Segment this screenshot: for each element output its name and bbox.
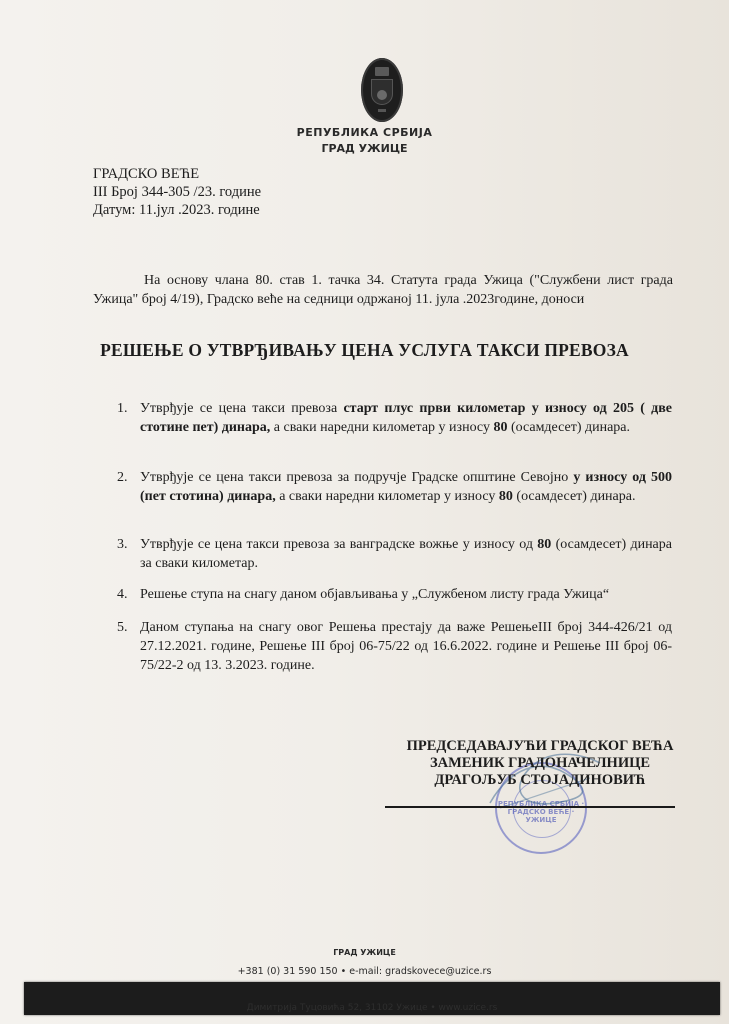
text-segment: (осамдесет) динара. xyxy=(507,420,630,435)
document-date: Датум: 11.јул .2023. године xyxy=(93,201,260,219)
decision-item: 4. Решење ступа на снагу даном објављива… xyxy=(117,585,672,604)
item-number: 1. xyxy=(117,399,137,418)
text-segment: а сваки наредни километар у износу xyxy=(270,420,493,435)
item-text: Даном ступања на снагу овог Решења прест… xyxy=(140,618,672,675)
coat-of-arms-icon xyxy=(361,58,403,122)
emphasized-text: 80 xyxy=(537,537,551,552)
crown-shape xyxy=(375,67,389,76)
document-title: РЕШЕЊЕ О УТВРЂИВАЊУ ЦЕНА УСЛУГА ТАКСИ ПР… xyxy=(0,340,729,361)
emphasized-text: 80 xyxy=(499,489,513,504)
item-text: Утврђује се цена такси превоза за подруч… xyxy=(140,468,672,506)
item-text: Утврђује се цена такси превоза за вангра… xyxy=(140,535,672,573)
signatory-role: ЗАМЕНИК ГРАДОНАЧЕЛНИЦЕ xyxy=(380,755,700,772)
decision-item: 1. Утврђује се цена такси превоза старт … xyxy=(117,399,672,437)
item-number: 2. xyxy=(117,468,137,487)
text-segment: Утврђује се цена такси превоза за вангра… xyxy=(140,537,537,552)
year-mark xyxy=(378,109,386,112)
footer-bar: Димитрија Туцовића 52, 31102 Ужице • www… xyxy=(24,982,720,1015)
decision-item: 2. Утврђује се цена такси превоза за под… xyxy=(117,468,672,506)
item-number: 3. xyxy=(117,535,137,554)
text-segment: (осамдесет) динара. xyxy=(513,489,636,504)
letterhead-republic: РЕПУБЛИКА СРБИЈА xyxy=(0,126,729,139)
item-number: 5. xyxy=(117,618,137,637)
document-number: III Број 344-305 /23. године xyxy=(93,183,261,201)
emblem-shape xyxy=(377,90,387,100)
text-segment: а сваки наредни километар у износу xyxy=(276,489,499,504)
item-text: Утврђује се цена такси превоза старт плу… xyxy=(140,399,672,437)
item-text: Решење ступа на снагу даном објављивања … xyxy=(140,585,672,604)
item-number: 4. xyxy=(117,585,137,604)
signatory-name: ДРАГОЉУБ СТОЈАДИНОВИЋ xyxy=(380,772,700,789)
letterhead-city: ГРАД УЖИЦЕ xyxy=(0,142,729,155)
decision-item: 3. Утврђује се цена такси превоза за ван… xyxy=(117,535,672,573)
footer-city: ГРАД УЖИЦЕ xyxy=(0,948,729,957)
footer-contact: +381 (0) 31 590 150 • e-mail: gradskovec… xyxy=(0,966,729,977)
text-segment: Утврђује се цена такси превоза за подруч… xyxy=(140,470,573,485)
signature-line xyxy=(385,806,675,808)
emphasized-text: 80 xyxy=(493,420,507,435)
text-segment: Даном ступања на снагу овог Решења прест… xyxy=(140,620,672,673)
text-segment: Решење ступа на снагу даном објављивања … xyxy=(140,587,609,602)
footer-address: Димитрија Туцовића 52, 31102 Ужице • www… xyxy=(24,1003,720,1013)
text-segment: Утврђује се цена такси превоза xyxy=(140,401,343,416)
intro-paragraph: На основу члана 80. став 1. тачка 34. Ст… xyxy=(93,271,673,309)
decision-item: 5. Даном ступања на снагу овог Решења пр… xyxy=(117,618,672,675)
issuing-body: ГРАДСКО ВЕЋЕ xyxy=(93,165,199,183)
signatory-title: ПРЕДСЕДАВАЈУЋИ ГРАДСКОГ ВЕЋА xyxy=(380,738,700,755)
